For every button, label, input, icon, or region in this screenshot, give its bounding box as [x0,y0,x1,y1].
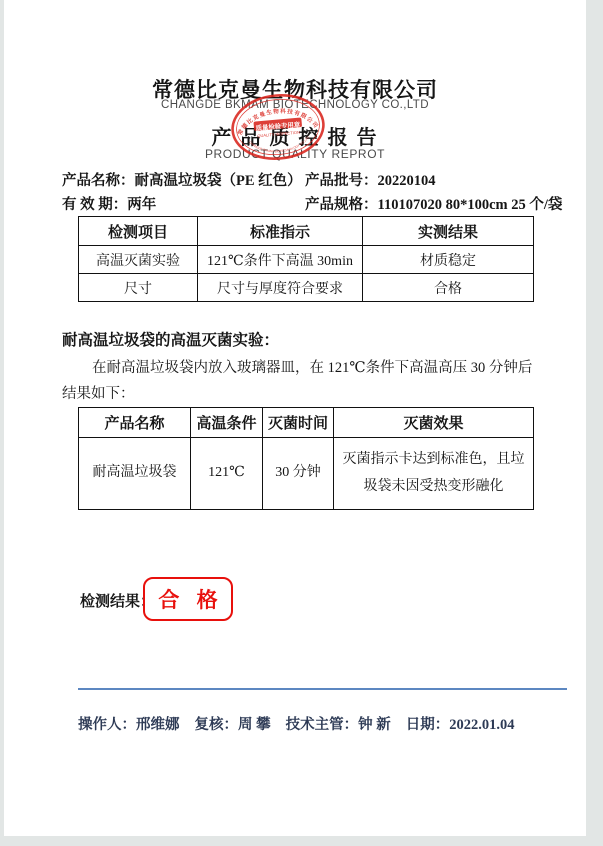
table-header-cell: 高温条件 [191,408,263,438]
spec-value: 110107020 80*100cm 25 个/袋 [378,197,563,213]
spec-field: 产品规格：110107020 80*100cm 25 个/袋 [305,193,562,214]
table-cell: 合格 [363,274,534,302]
operator-value: 邢维娜 [136,717,180,733]
sterilization-test-table: 产品名称 高温条件 灭菌时间 灭菌效果 耐高温垃圾袋 121℃ 30 分钟 灭菌… [78,407,534,510]
table-row: 耐高温垃圾袋 121℃ 30 分钟 灭菌指示卡达到标准色，且垃圾袋未因受热变形融… [79,438,534,510]
date-value: 2022.01.04 [449,717,514,733]
validity-field: 有 效 期：两年 [62,193,156,214]
inspection-items-table: 检测项目 标准指示 实测结果 高温灭菌实验 121℃条件下高温 30min 材质… [78,216,534,302]
operator-label: 操作人： [78,717,136,733]
table-row: 高温灭菌实验 121℃条件下高温 30min 材质稳定 [79,246,534,274]
reviewer-value: 周 攀 [238,717,271,733]
table-cell: 材质稳定 [363,246,534,274]
table-header-row: 产品名称 高温条件 灭菌时间 灭菌效果 [79,408,534,438]
date-label: 日期： [406,717,450,733]
pass-result-box: 合 格 [143,577,233,621]
supervisor-label: 技术主管： [286,717,359,733]
report-page: 常德比克曼生物科技有限公司 CHANGDE BKMAM BIOTECHNOLOG… [4,0,586,836]
table-cell: 灭菌指示卡达到标准色，且垃圾袋未因受热变形融化 [334,438,534,510]
product-name-value: 耐高温垃圾袋（PE 红色） [135,173,302,189]
pass-result-value: 合 格 [152,584,223,614]
table-cell: 耐高温垃圾袋 [79,438,191,510]
table-header-cell: 标准指示 [198,217,363,246]
table-row: 尺寸 尺寸与厚度符合要求 合格 [79,274,534,302]
batch-number-value: 20220104 [378,173,436,189]
experiment-description: 在耐高温垃圾袋内放入玻璃器皿，在 121℃条件下高温高压 30 分钟后 [92,356,532,377]
table-cell: 尺寸与厚度符合要求 [198,274,363,302]
batch-number-field: 产品批号：20220104 [305,169,436,190]
footer-signatures: 操作人：邢维娜复核：周 攀技术主管：钟 新日期：2022.01.04 [78,713,515,734]
table-header-cell: 灭菌效果 [334,408,534,438]
experiment-heading: 耐高温垃圾袋的高温灭菌实验： [62,328,279,350]
validity-label: 有 效 期： [62,197,127,213]
spec-label: 产品规格： [305,197,378,213]
table-header-cell: 灭菌时间 [263,408,334,438]
batch-number-label: 产品批号： [305,173,378,189]
validity-value: 两年 [127,197,156,213]
supervisor-value: 钟 新 [358,717,391,733]
table-cell: 30 分钟 [263,438,334,510]
table-header-cell: 产品名称 [79,408,191,438]
table-cell: 121℃条件下高温 30min [198,246,363,274]
table-cell: 高温灭菌实验 [79,246,198,274]
experiment-result-intro: 结果如下： [62,382,135,403]
table-header-row: 检测项目 标准指示 实测结果 [79,217,534,246]
table-header-cell: 检测项目 [79,217,198,246]
footer-divider [78,688,567,690]
reviewer-label: 复核： [195,717,239,733]
table-cell: 尺寸 [79,274,198,302]
table-cell: 121℃ [191,438,263,510]
product-name-field: 产品名称：耐高温垃圾袋（PE 红色） [62,169,302,190]
quality-inspection-stamp: 常德比克曼生物科技有限公司 质量检验专用章 QUALITY INSPECTION… [227,89,329,165]
table-header-cell: 实测结果 [363,217,534,246]
product-name-label: 产品名称： [62,173,135,189]
